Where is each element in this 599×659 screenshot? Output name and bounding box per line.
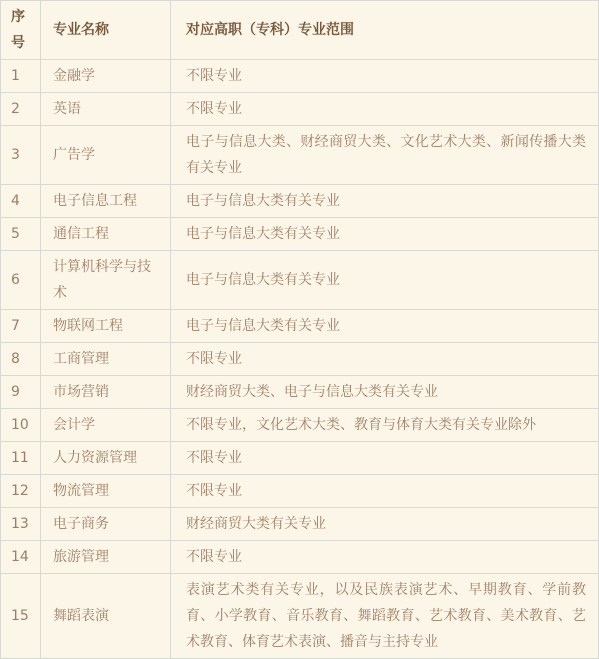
table-row: 3 广告学 电子与信息大类、财经商贸大类、文化艺术大类、新闻传播大类有关专业 [1,126,599,185]
cell-index: 15 [1,574,41,659]
cell-index: 5 [1,218,41,251]
table-body: 1 金融学 不限专业 2 英语 不限专业 3 广告学 电子与信息大类、财经商贸大… [1,60,599,659]
cell-scope: 不限专业，文化艺术大类、教育与体育大类有关专业除外 [171,409,599,442]
cell-index: 1 [1,60,41,93]
cell-scope: 财经商贸大类有关专业 [171,508,599,541]
cell-scope: 电子与信息大类有关专业 [171,218,599,251]
cell-major: 物联网工程 [41,310,171,343]
cell-major: 旅游管理 [41,541,171,574]
table-row: 13 电子商务 财经商贸大类有关专业 [1,508,599,541]
cell-major: 人力资源管理 [41,442,171,475]
cell-index: 6 [1,251,41,310]
cell-major: 电子信息工程 [41,185,171,218]
cell-index: 13 [1,508,41,541]
cell-index: 7 [1,310,41,343]
cell-major: 物流管理 [41,475,171,508]
table-row: 6 计算机科学与技术 电子与信息大类有关专业 [1,251,599,310]
column-header-index: 序号 [1,1,41,60]
cell-index: 10 [1,409,41,442]
table-row: 4 电子信息工程 电子与信息大类有关专业 [1,185,599,218]
cell-index: 2 [1,93,41,126]
cell-major: 通信工程 [41,218,171,251]
cell-major: 计算机科学与技术 [41,251,171,310]
cell-scope: 电子与信息大类有关专业 [171,185,599,218]
cell-major: 电子商务 [41,508,171,541]
cell-index: 3 [1,126,41,185]
table-row: 5 通信工程 电子与信息大类有关专业 [1,218,599,251]
cell-scope: 表演艺术类有关专业，以及民族表演艺术、早期教育、学前教育、小学教育、音乐教育、舞… [171,574,599,659]
cell-scope: 不限专业 [171,475,599,508]
column-header-major: 专业名称 [41,1,171,60]
table-row: 8 工商管理 不限专业 [1,343,599,376]
cell-index: 12 [1,475,41,508]
cell-scope: 电子与信息大类、财经商贸大类、文化艺术大类、新闻传播大类有关专业 [171,126,599,185]
cell-major: 会计学 [41,409,171,442]
table-row: 12 物流管理 不限专业 [1,475,599,508]
cell-major: 英语 [41,93,171,126]
cell-scope: 不限专业 [171,541,599,574]
cell-scope: 电子与信息大类有关专业 [171,310,599,343]
table-row: 14 旅游管理 不限专业 [1,541,599,574]
cell-index: 4 [1,185,41,218]
cell-major: 市场营销 [41,376,171,409]
cell-index: 9 [1,376,41,409]
cell-scope: 电子与信息大类有关专业 [171,251,599,310]
cell-index: 8 [1,343,41,376]
cell-index: 11 [1,442,41,475]
table-row: 9 市场营销 财经商贸大类、电子与信息大类有关专业 [1,376,599,409]
cell-index: 14 [1,541,41,574]
cell-major: 广告学 [41,126,171,185]
majors-table: 序号 专业名称 对应高职（专科）专业范围 1 金融学 不限专业 2 英语 不限专… [0,0,599,659]
cell-major: 舞蹈表演 [41,574,171,659]
table-row: 2 英语 不限专业 [1,93,599,126]
cell-scope: 不限专业 [171,60,599,93]
cell-scope: 财经商贸大类、电子与信息大类有关专业 [171,376,599,409]
cell-scope: 不限专业 [171,343,599,376]
column-header-scope: 对应高职（专科）专业范围 [171,1,599,60]
table-row: 15 舞蹈表演 表演艺术类有关专业，以及民族表演艺术、早期教育、学前教育、小学教… [1,574,599,659]
cell-scope: 不限专业 [171,442,599,475]
table-row: 1 金融学 不限专业 [1,60,599,93]
cell-major: 金融学 [41,60,171,93]
cell-scope: 不限专业 [171,93,599,126]
table-row: 10 会计学 不限专业，文化艺术大类、教育与体育大类有关专业除外 [1,409,599,442]
table-row: 11 人力资源管理 不限专业 [1,442,599,475]
header-row: 序号 专业名称 对应高职（专科）专业范围 [1,1,599,60]
cell-major: 工商管理 [41,343,171,376]
table-row: 7 物联网工程 电子与信息大类有关专业 [1,310,599,343]
